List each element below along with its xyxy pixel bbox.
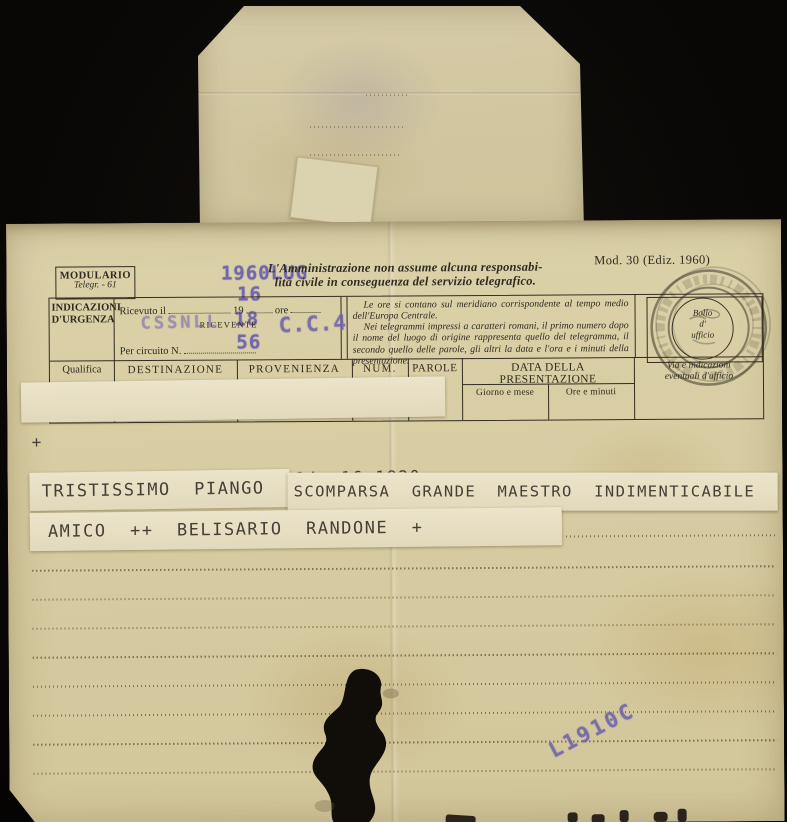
dotted-blank (184, 343, 256, 353)
message-dotted-line (566, 534, 776, 537)
tariff-code-stamp: L1910C (545, 698, 639, 762)
telegram-back-flap (198, 6, 584, 230)
disclaimer-line2: lità civile in conseguenza del servizio … (252, 274, 558, 290)
circuit-code-stamp: C.C.4 (278, 311, 347, 338)
dotted-blank (246, 303, 272, 313)
column-num: NUM. (352, 362, 408, 374)
column-parole: PAROLE (408, 362, 462, 374)
column-provenienza: PROVENIENZA (237, 363, 352, 376)
modulario-number: Telegr. - 61 (56, 281, 134, 291)
urgency-line1: INDICAZIONI (51, 302, 111, 314)
modulario-box: MODULARIO Telegr. - 61 (55, 266, 135, 299)
show-through-dotted-line (310, 126, 406, 128)
notice-paragraph-1: Le ore si contano sul meridiano corrispo… (352, 298, 628, 322)
message-dotted-line (32, 565, 776, 572)
postmark-stamp (628, 247, 787, 409)
disclaimer-text: L'Amministrazione non assume alcuna resp… (252, 260, 558, 290)
message-strip-1a: TRISTISSIMO PIANGO (29, 469, 290, 511)
show-through-dotted-line (310, 154, 400, 156)
show-through-dotted-line (366, 94, 408, 96)
column-ore-minuti: Ore e minuti (548, 387, 634, 398)
message-strip-2: AMICO ++ BELISARIO RANDONE + (30, 507, 562, 551)
circuit-label: Per circuito N. (120, 346, 182, 357)
column-qualifica: Qualifica (50, 364, 114, 375)
routing-strip: + ROMA RM FN 0160 14 16 1820 + (21, 376, 446, 422)
telegram-photo: 1960LUG 16 18 56 MODULARIO Telegr. - 61 … (0, 0, 787, 822)
notice-cell: Le ore si contano sul meridiano corrispo… (352, 298, 628, 367)
message-strip-1b: SCOMPARSA GRANDE MAESTRO INDIMENTICABILE (288, 473, 778, 511)
column-destinazione: DESTINAZIONE (114, 363, 237, 376)
year-label: 19 (233, 305, 244, 316)
notice-paragraph-2: Nei telegrammi impressi a caratteri roma… (353, 320, 629, 366)
circuit-field: Per circuito N. (120, 343, 256, 357)
tape-patch (290, 156, 379, 228)
urgency-line2: D'URGENZA (52, 314, 112, 326)
routing-plus-left: + (31, 422, 43, 462)
message-dotted-line (32, 594, 776, 601)
telegram-sheet: 1960LUG 16 18 56 MODULARIO Telegr. - 61 … (6, 219, 785, 822)
urgency-cell: INDICAZIONI D'URGENZA (51, 302, 111, 326)
column-data-presentazione: DATA DELLA PRESENTAZIONE (462, 361, 634, 386)
message-dotted-line (32, 623, 776, 630)
column-giorno-mese: Giorno e mese (462, 388, 548, 399)
received-code-stamp: CSSNLL (140, 312, 220, 334)
message-dotted-line (33, 652, 777, 659)
ink-blot (294, 665, 427, 822)
cutoff-writing-marks (440, 802, 700, 822)
